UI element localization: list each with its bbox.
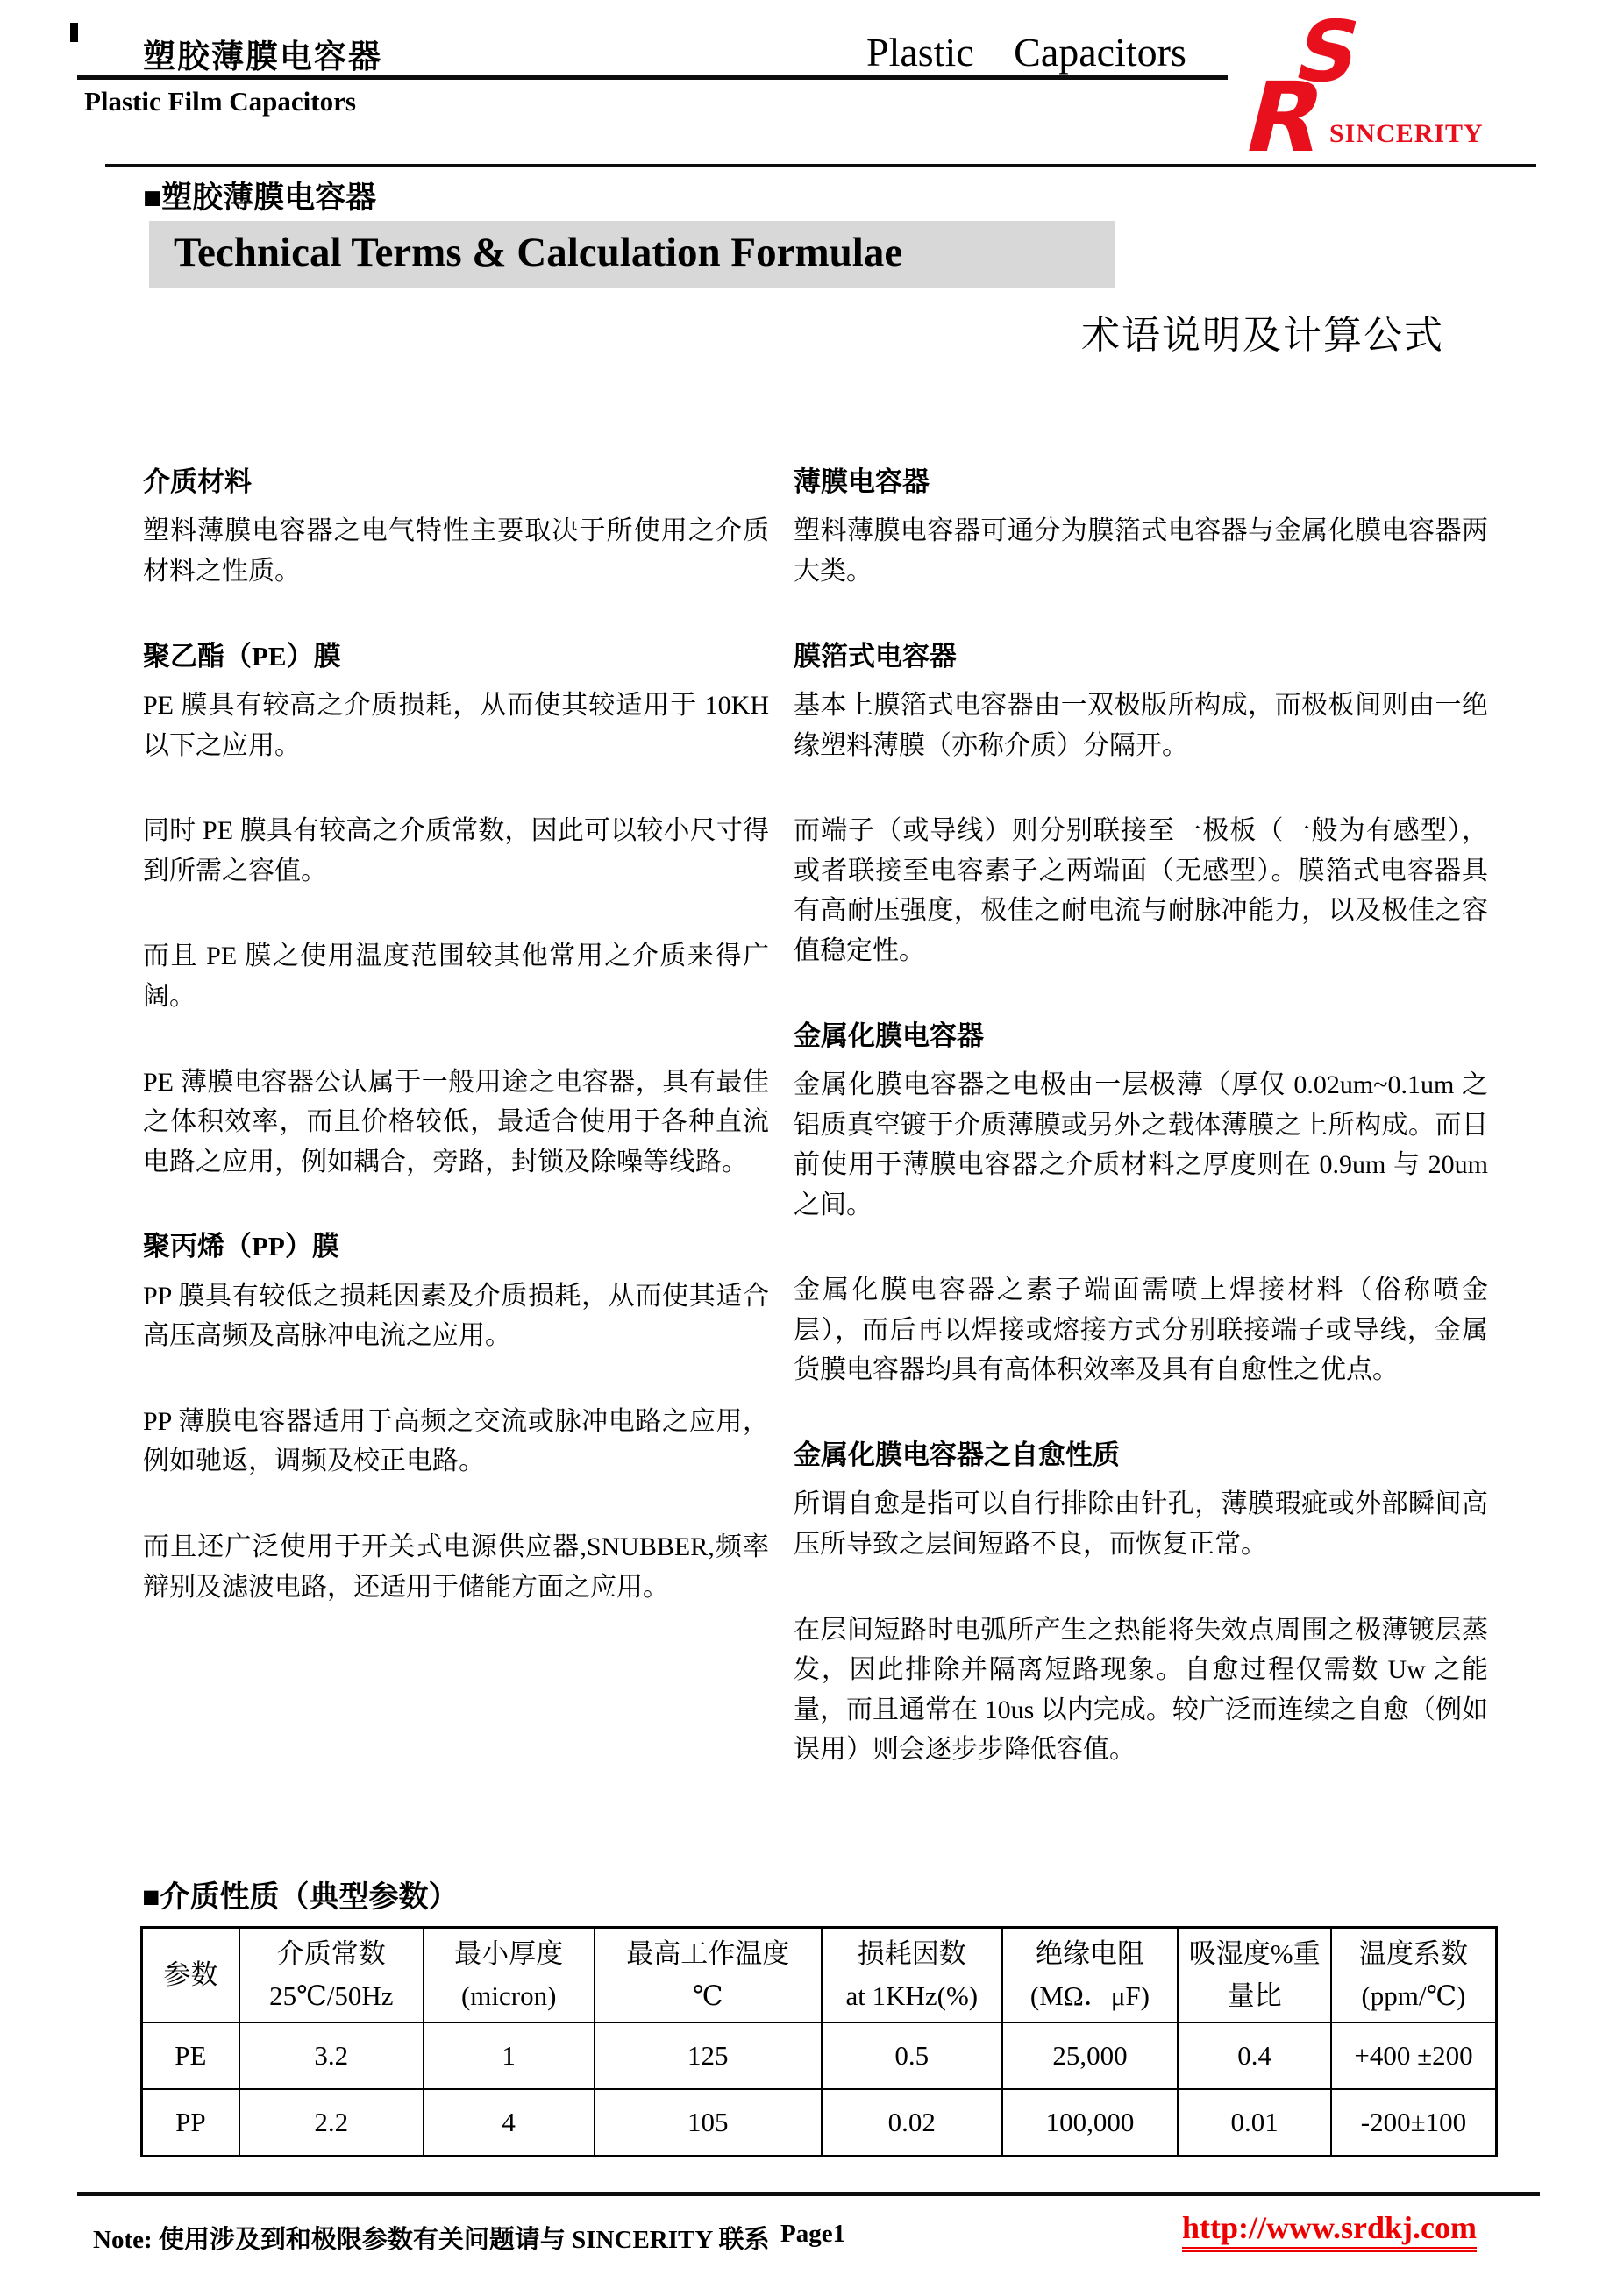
term-paragraph: 而且 PE 膜之使用温度范围较其他常用之介质来得广阔。	[143, 936, 769, 1016]
term-block: 聚乙酯（PE）膜 PE 膜具有较高之介质损耗，从而使其较适用于 10KH 以下之…	[143, 637, 769, 766]
term-paragraph: 金属化膜电容器之素子端面需喷上焊接材料（俗称喷金层），而后再以焊接或熔接方式分别…	[794, 1270, 1488, 1390]
term-paragraph: 塑料薄膜电容器之电气特性主要取决于所使用之介质材料之性质。	[143, 511, 769, 591]
header-en-title-left: Plastic Film Capacitors	[84, 86, 356, 117]
table-section-heading: ■介质性质（典型参数）	[142, 1873, 1498, 1916]
col-header-min-thickness: 最小厚度(micron)	[424, 1928, 595, 2023]
footer-page-number: 1	[833, 2220, 846, 2248]
term-paragraph: 基本上膜箔式电容器由一双极版所构成，而极板间则由一绝缘塑料薄膜（亦称介质）分隔开…	[794, 686, 1488, 765]
header-rule-top	[77, 75, 1228, 80]
footer-rule	[77, 2192, 1540, 2196]
col-header-temp-coefficient: 温度系数(ppm/℃)	[1331, 1928, 1497, 2023]
table-row-pp: PP 2.2 4 105 0.02 100,000 0.01 -200±100	[142, 2089, 1497, 2157]
cell: 3.2	[239, 2022, 424, 2089]
datasheet-page: 塑胶薄膜电容器 Plastic Capacitors Plastic Film …	[0, 0, 1624, 2296]
dielectric-properties-section: ■介质性质（典型参数） 参数 介质常数25℃/50Hz 最小厚度(micron)…	[140, 1873, 1498, 2157]
col-header-dissipation-factor: 损耗因数at 1KHz(%)	[822, 1928, 1001, 2023]
footer-note: Note: 使用涉及到和极限参数有关问题请与 SINCERITY 联系	[93, 2220, 769, 2256]
term-paragraph: 所谓自愈是指可以自行排除由针孔，薄膜瑕疵或外部瞬间高压所导致之层间短路不良，而恢…	[794, 1484, 1488, 1564]
cell: 100,000	[1002, 2089, 1179, 2157]
term-heading: 膜箔式电容器	[794, 637, 1488, 675]
cell: 2.2	[239, 2089, 424, 2157]
cell: +400 ±200	[1331, 2022, 1497, 2089]
cell: 125	[595, 2022, 823, 2089]
page-title: Technical Terms & Calculation Formulae	[149, 221, 1115, 288]
term-block: 薄膜电容器 塑料薄膜电容器可通分为膜箔式电容器与金属化膜电容器两大类。	[794, 463, 1488, 592]
cell: PE	[142, 2022, 239, 2089]
page-subtitle-cjk: 术语说明及计算公式	[1081, 303, 1444, 359]
term-paragraph: 而端子（或导线）则分别联接至一极板（一般为有感型），或者联接至电容素子之两端面（…	[794, 811, 1488, 970]
col-header-insulation-resistance: 绝缘电阻(MΩ．μF)	[1002, 1928, 1179, 2023]
col-header-parameter: 参数	[142, 1928, 239, 2023]
logo-letter-r: R	[1247, 62, 1336, 154]
term-block: 聚丙烯（PP）膜 PP 膜具有较低之损耗因素及介质损耗，从而使其适合高压高频及高…	[143, 1227, 769, 1356]
term-heading: 介质材料	[143, 463, 769, 501]
term-heading: 聚乙酯（PE）膜	[143, 637, 769, 675]
section-marker-plastic-film: ■塑胶薄膜电容器	[143, 174, 376, 217]
term-heading: 薄膜电容器	[794, 463, 1488, 501]
term-paragraph: 同时 PE 膜具有较高之介质常数，因此可以较小尺寸得到所需之容值。	[143, 811, 769, 891]
header-rule-bottom	[105, 164, 1536, 167]
term-paragraph: 在层间短路时电弧所产生之热能将失效点周围之极薄镀层蒸发，因此排除并隔离短路现象。…	[794, 1610, 1488, 1770]
term-paragraph: 金属化膜电容器之电极由一层极薄（厚仅 0.02um~0.1um 之铝质真空镀于介…	[794, 1065, 1488, 1225]
header-en-title-right: Plastic Capacitors	[866, 29, 1186, 75]
terms-left-column: 介质材料 塑料薄膜电容器之电气特性主要取决于所使用之介质材料之性质。 聚乙酯（P…	[143, 463, 769, 1816]
col-header-moisture-absorption: 吸湿度%重量比	[1178, 1928, 1331, 2023]
term-paragraph: 而且还广泛使用于开关式电源供应器,SNUBBER,频率辩别及滤波电路，还适用于储…	[143, 1527, 769, 1607]
col-header-max-working-temp: 最高工作温度℃	[595, 1928, 823, 2023]
cell: 4	[424, 2089, 595, 2157]
table-row-pe: PE 3.2 1 125 0.5 25,000 0.4 +400 ±200	[142, 2022, 1497, 2089]
footer-page-indicator: Page1	[780, 2220, 845, 2249]
cell: 0.4	[1178, 2022, 1331, 2089]
term-block: 金属化膜电容器 金属化膜电容器之电极由一层极薄（厚仅 0.02um~0.1um …	[794, 1017, 1488, 1226]
term-heading: 金属化膜电容器之自愈性质	[794, 1436, 1488, 1474]
term-block: 介质材料 塑料薄膜电容器之电气特性主要取决于所使用之介质材料之性质。	[143, 463, 769, 592]
term-heading: 聚丙烯（PP）膜	[143, 1227, 769, 1265]
header-cjk-title: 塑胶薄膜电容器	[143, 30, 382, 77]
term-heading: 金属化膜电容器	[794, 1017, 1488, 1055]
logo-wordmark: SINCERITY	[1329, 119, 1484, 149]
term-block: 膜箔式电容器 基本上膜箔式电容器由一双极版所构成，而极板间则由一绝缘塑料薄膜（亦…	[794, 637, 1488, 766]
cell: 25,000	[1002, 2022, 1179, 2089]
cell: 0.02	[822, 2089, 1001, 2157]
term-paragraph: PE 薄膜电容器公认属于一般用途之电容器，具有最佳之体积效率，而且价格较低，最适…	[143, 1063, 769, 1183]
term-block: 金属化膜电容器之自愈性质 所谓自愈是指可以自行排除由针孔，薄膜瑕疵或外部瞬间高压…	[794, 1436, 1488, 1565]
terms-section: 介质材料 塑料薄膜电容器之电气特性主要取决于所使用之介质材料之性质。 聚乙酯（P…	[143, 463, 1488, 1816]
cell: -200±100	[1331, 2089, 1497, 2157]
footer-page-label: Page	[780, 2220, 833, 2248]
col-header-dielectric-constant: 介质常数25℃/50Hz	[239, 1928, 424, 2023]
dielectric-properties-table: 参数 介质常数25℃/50Hz 最小厚度(micron) 最高工作温度℃ 损耗因…	[140, 1926, 1498, 2157]
cell: 0.01	[1178, 2089, 1331, 2157]
cell: 105	[595, 2089, 823, 2157]
term-paragraph: PP 膜具有较低之损耗因素及介质损耗，从而使其适合高压高频及高脉冲电流之应用。	[143, 1276, 769, 1356]
term-paragraph: PP 薄膜电容器适用于高频之交流或脉冲电路之应用，例如驰返，调频及校正电路。	[143, 1402, 769, 1482]
cell: PP	[142, 2089, 239, 2157]
footer-note-text: 使用涉及到和极限参数有关问题请与 SINCERITY 联系	[159, 2226, 770, 2254]
term-paragraph: 塑料薄膜电容器可通分为膜箔式电容器与金属化膜电容器两大类。	[794, 511, 1488, 591]
cell: 0.5	[822, 2022, 1001, 2089]
footer-note-label: Note:	[93, 2226, 153, 2254]
cell: 1	[424, 2022, 595, 2089]
terms-right-column: 薄膜电容器 塑料薄膜电容器可通分为膜箔式电容器与金属化膜电容器两大类。 膜箔式电…	[794, 463, 1488, 1816]
footer-website-link[interactable]: http://www.srdkj.com	[1182, 2209, 1477, 2252]
table-header-row: 参数 介质常数25℃/50Hz 最小厚度(micron) 最高工作温度℃ 损耗因…	[142, 1928, 1497, 2023]
scan-artifact-mark	[70, 23, 78, 42]
term-paragraph: PE 膜具有较高之介质损耗，从而使其较适用于 10KH 以下之应用。	[143, 686, 769, 765]
